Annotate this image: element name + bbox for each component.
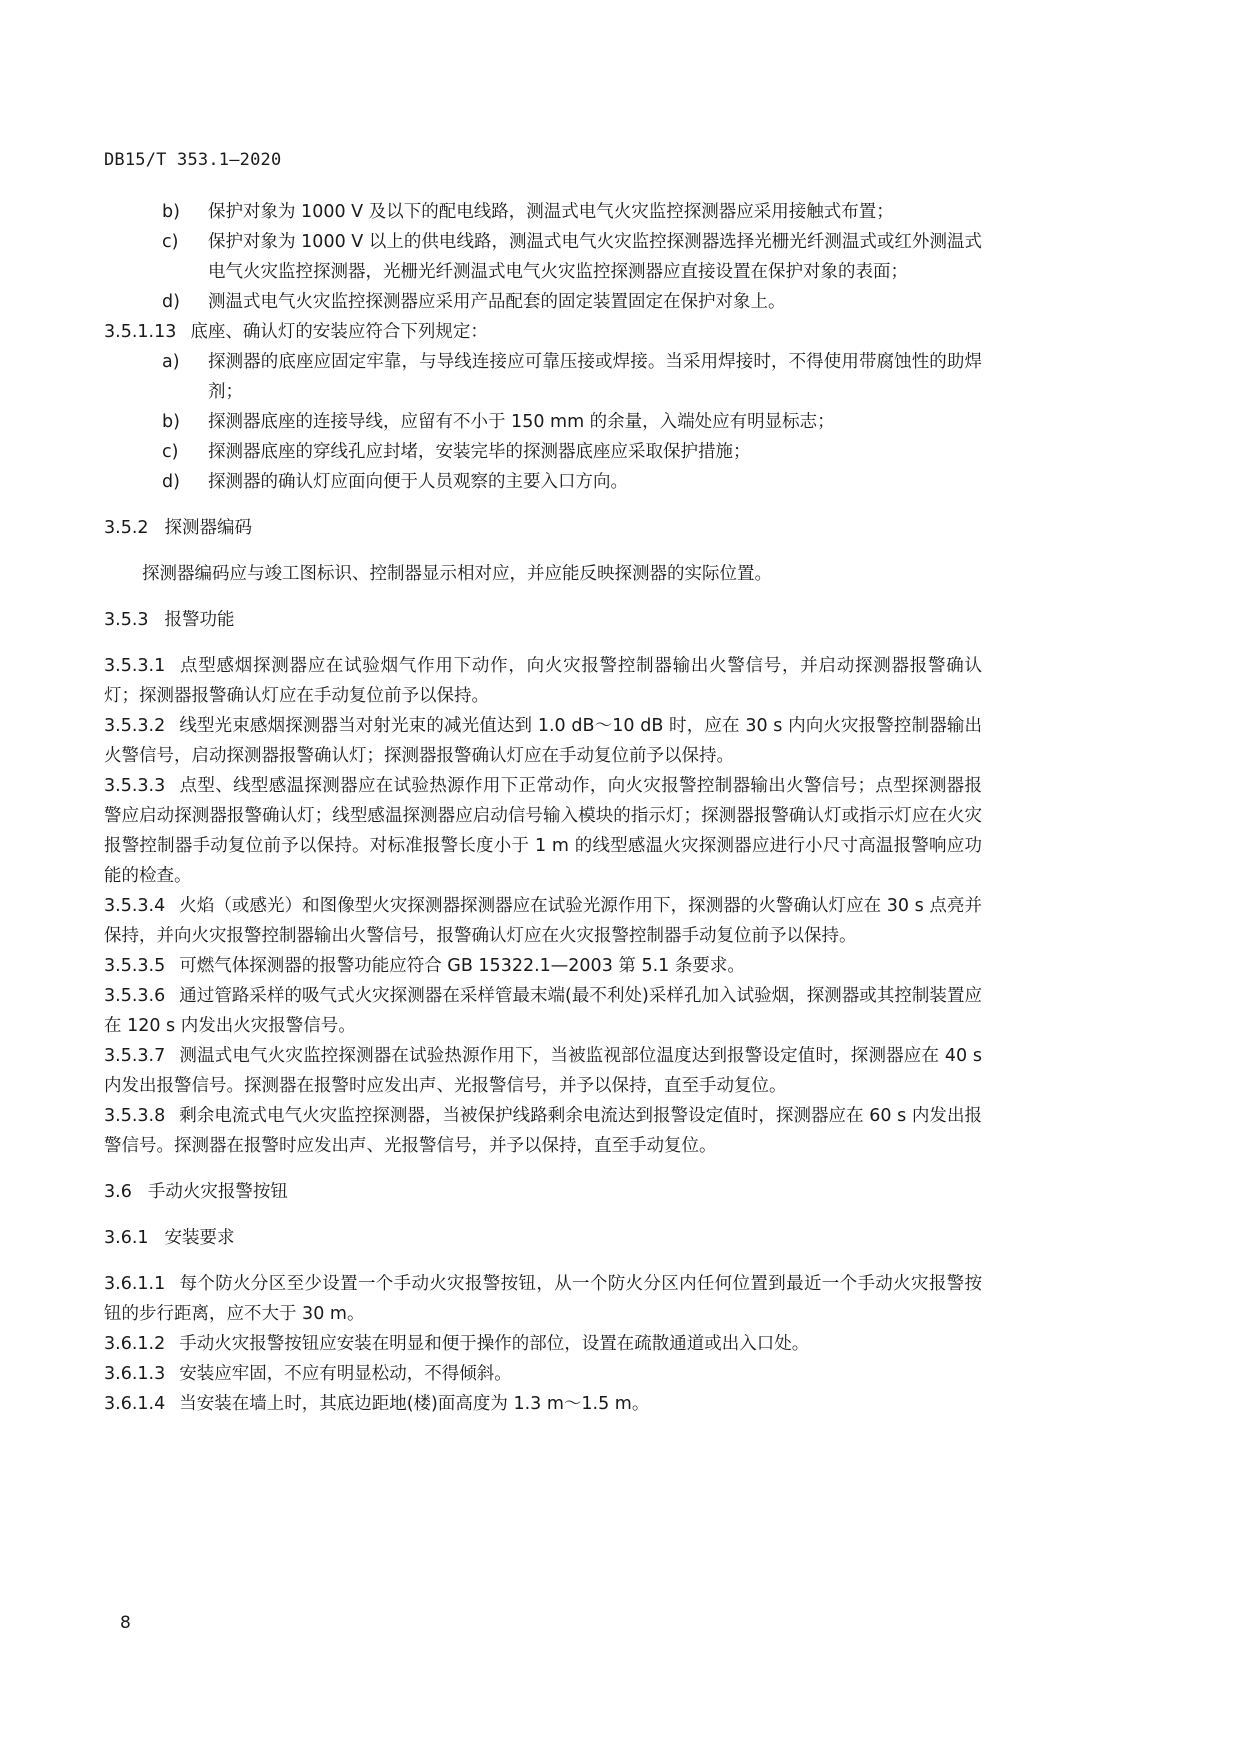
clause: 3.5.3.1点型感烟探测器应在试验烟气作用下动作，向火灾报警控制器输出火警信号… (104, 651, 982, 711)
list-item: d) 探测器的确认灯应面向便于人员观察的主要入口方向。 (104, 467, 982, 497)
document-id-header: DB15/T 353.1—2020 (104, 150, 281, 170)
document-page: DB15/T 353.1—2020 b) 保护对象为 1000 V 及以下的配电… (0, 0, 1241, 1755)
document-body: b) 保护对象为 1000 V 及以下的配电线路，测温式电气火灾监控探测器应采用… (104, 197, 982, 1419)
clause-number: 3.5.3.5 (104, 956, 165, 976)
list-item: d) 测温式电气火灾监控探测器应采用产品配套的固定装置固定在保护对象上。 (104, 287, 982, 317)
clause: 3.5.3.8剩余电流式电气火灾监控探测器，当被保护线路剩余电流达到报警设定值时… (104, 1101, 982, 1161)
clause-text: 点型、线型感温探测器应在试验热源作用下正常动作，向火灾报警控制器输出火警信号；点… (104, 776, 982, 886)
clause-number: 3.5.3.4 (104, 896, 165, 916)
section-title: 报警功能 (165, 610, 235, 630)
clause: 3.5.3.5可燃气体探测器的报警功能应符合 GB 15322.1—2003 第… (104, 951, 982, 981)
section-title: 安装要求 (165, 1228, 235, 1248)
clause: 3.6.1.4当安装在墙上时，其底边距地(楼)面高度为 1.3 m～1.5 m。 (104, 1389, 982, 1419)
list-item: b) 探测器底座的连接导线，应留有不小于 150 mm 的余量，入端处应有明显标… (104, 407, 982, 437)
list-item-text: 探测器底座的连接导线，应留有不小于 150 mm 的余量，入端处应有明显标志； (208, 407, 982, 437)
clause: 3.6.1.2手动火灾报警按钮应安装在明显和便于操作的部位，设置在疏散通道或出入… (104, 1329, 982, 1359)
list-item-text: 探测器的底座应固定牢靠，与导线连接应可靠压接或焊接。当采用焊接时，不得使用带腐蚀… (208, 347, 982, 407)
clause-number: 3.5.1.13 (104, 322, 176, 342)
clause: 3.5.3.4火焰（或感光）和图像型火灾探测器探测器应在试验光源作用下，探测器的… (104, 891, 982, 951)
list-item-text: 探测器的确认灯应面向便于人员观察的主要入口方向。 (208, 467, 982, 497)
clause-text: 点型感烟探测器应在试验烟气作用下动作，向火灾报警控制器输出火警信号，并启动探测器… (104, 656, 982, 706)
section-heading-3-6: 3.6手动火灾报警按钮 (104, 1177, 982, 1207)
list-item: c) 保护对象为 1000 V 以上的供电线路，测温式电气火灾监控探测器选择光栅… (104, 227, 982, 287)
list-item-text: 保护对象为 1000 V 及以下的配电线路，测温式电气火灾监控探测器应采用接触式… (208, 197, 982, 227)
clause: 3.5.3.7测温式电气火灾监控探测器在试验热源作用下，当被监视部位温度达到报警… (104, 1041, 982, 1101)
page-number: 8 (120, 1613, 131, 1633)
list-item: b) 保护对象为 1000 V 及以下的配电线路，测温式电气火灾监控探测器应采用… (104, 197, 982, 227)
clause-number: 3.5.3.2 (104, 716, 165, 736)
section-heading-3-6-1: 3.6.1安装要求 (104, 1223, 982, 1253)
section-title: 手动火灾报警按钮 (148, 1182, 288, 1202)
clause-text: 当安装在墙上时，其底边距地(楼)面高度为 1.3 m～1.5 m。 (179, 1394, 649, 1414)
list-marker: d) (104, 287, 208, 317)
section-title: 探测器编码 (165, 518, 253, 538)
clause-text: 每个防火分区至少设置一个手动火灾报警按钮，从一个防火分区内任何位置到最近一个手动… (104, 1274, 982, 1324)
list-marker: c) (104, 227, 208, 287)
clause-number: 3.6.1.1 (104, 1274, 165, 1294)
clause-number: 3.5.3.1 (104, 656, 165, 676)
clause: 3.5.3.2线型光束感烟探测器当对射光束的减光值达到 1.0 dB～10 dB… (104, 711, 982, 771)
section-heading-3-5-3: 3.5.3报警功能 (104, 605, 982, 635)
list-marker: b) (104, 407, 208, 437)
list-item-text: 保护对象为 1000 V 以上的供电线路，测温式电气火灾监控探测器选择光栅光纤测… (208, 227, 982, 287)
clause-number: 3.5.3.8 (104, 1106, 165, 1126)
clause-text: 火焰（或感光）和图像型火灾探测器探测器应在试验光源作用下，探测器的火警确认灯应在… (104, 896, 982, 946)
list-marker: c) (104, 437, 208, 467)
section-number: 3.5.2 (104, 518, 149, 538)
clause-number: 3.6.1.3 (104, 1364, 165, 1384)
section-number: 3.5.3 (104, 610, 149, 630)
clause-text: 安装应牢固，不应有明显松动，不得倾斜。 (179, 1364, 512, 1384)
list-item-text: 探测器底座的穿线孔应封堵，安装完毕的探测器底座应采取保护措施； (208, 437, 982, 467)
clause-text: 测温式电气火灾监控探测器在试验热源作用下，当被监视部位温度达到报警设定值时，探测… (104, 1046, 982, 1096)
clause-number: 3.6.1.2 (104, 1334, 165, 1354)
clause-number: 3.5.3.6 (104, 986, 165, 1006)
clause: 3.5.3.6通过管路采样的吸气式火灾探测器在采样管最末端(最不利处)采样孔加入… (104, 981, 982, 1041)
list-marker: d) (104, 467, 208, 497)
clause-number: 3.6.1.4 (104, 1394, 165, 1414)
list-item: a) 探测器的底座应固定牢靠，与导线连接应可靠压接或焊接。当采用焊接时，不得使用… (104, 347, 982, 407)
section-heading-3-5-2: 3.5.2探测器编码 (104, 513, 982, 543)
clause-text: 可燃气体探测器的报警功能应符合 GB 15322.1—2003 第 5.1 条要… (179, 956, 745, 976)
clause: 3.6.1.1每个防火分区至少设置一个手动火灾报警按钮，从一个防火分区内任何位置… (104, 1269, 982, 1329)
clause-text: 底座、确认灯的安装应符合下列规定： (190, 322, 488, 342)
list-item-text: 测温式电气火灾监控探测器应采用产品配套的固定装置固定在保护对象上。 (208, 287, 982, 317)
clause: 3.6.1.3安装应牢固，不应有明显松动，不得倾斜。 (104, 1359, 982, 1389)
clause-text: 剩余电流式电气火灾监控探测器，当被保护线路剩余电流达到报警设定值时，探测器应在 … (104, 1106, 982, 1156)
clause-text: 线型光束感烟探测器当对射光束的减光值达到 1.0 dB～10 dB 时，应在 3… (104, 716, 982, 766)
list-marker: b) (104, 197, 208, 227)
section-number: 3.6.1 (104, 1228, 149, 1248)
clause-number: 3.5.3.3 (104, 776, 165, 796)
clause-3-5-1-13: 3.5.1.13底座、确认灯的安装应符合下列规定： (104, 317, 982, 347)
section-3-5-2-text: 探测器编码应与竣工图标识、控制器显示相对应，并应能反映探测器的实际位置。 (104, 559, 982, 589)
list-marker: a) (104, 347, 208, 407)
clause-number: 3.5.3.7 (104, 1046, 165, 1066)
clause-text: 手动火灾报警按钮应安装在明显和便于操作的部位，设置在疏散通道或出入口处。 (179, 1334, 809, 1354)
list-item: c) 探测器底座的穿线孔应封堵，安装完毕的探测器底座应采取保护措施； (104, 437, 982, 467)
clause: 3.5.3.3点型、线型感温探测器应在试验热源作用下正常动作，向火灾报警控制器输… (104, 771, 982, 891)
section-number: 3.6 (104, 1182, 132, 1202)
clause-text: 通过管路采样的吸气式火灾探测器在采样管最末端(最不利处)采样孔加入试验烟，探测器… (104, 986, 982, 1036)
